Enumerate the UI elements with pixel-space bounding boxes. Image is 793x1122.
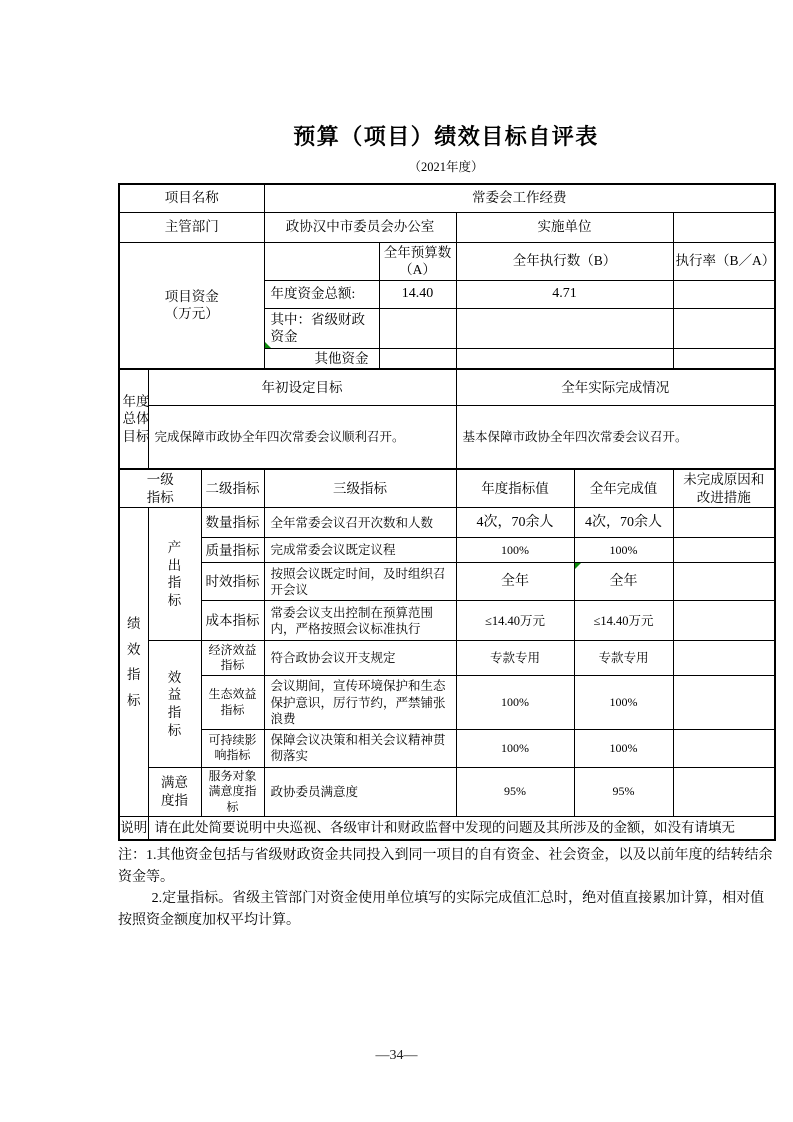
perf-group-output: 产出指标 [148,508,201,641]
target-cell: 100% [456,730,574,768]
footnote-1: 注：1.其他资金包括与省级财政资金共同投入到同一项目的自有资金、社会资金，以及以… [118,845,774,888]
perf-col-reason: 未完成原因和改进措施 [673,469,775,508]
dept-value: 政协汉中市委员会办公室 [264,212,456,242]
done-cell: 专款专用 [574,641,673,676]
done-cell: ≤14.40万元 [574,601,673,641]
goal-set-value: 完成保障市政协全年四次常委会议顺利召开。 [148,405,456,469]
target-cell: 100% [456,538,574,563]
perf-col-l1: 一级指标 [119,469,201,508]
funds-provincial-budget-empty [379,308,456,348]
l3-cell: 按照会议既定时间，及时组织召开会议 [264,563,456,601]
l3-cell: 符合政协会议开支规定 [264,641,456,676]
dept-label: 主管部门 [119,212,264,242]
document-content: 预算（项目）绩效目标自评表 （2021年度） 项目名称 常委会工作经费 主管部门… [118,120,774,932]
project-name-value: 常委会工作经费 [264,184,775,212]
l2-cell: 数量指标 [201,508,264,538]
l2-cell: 可持续影响指标 [201,730,264,768]
funds-total-rate-empty [673,280,775,308]
done-cell: 100% [574,676,673,730]
row-goal-header: 年度总体目标 年初设定目标 全年实际完成情况 [119,369,775,405]
reason-cell-empty [673,676,775,730]
row-perf-ecological: 生态效益指标 会议期间，宣传环境保护和生态保护意识，厉行节约，严禁铺张浪费 10… [119,676,775,730]
funds-provincial-label: 其中：省级财政资金 [264,308,379,348]
reason-cell-empty [673,538,775,563]
row-perf-satisfaction: 满意度指 服务对象满意度指标 政协委员满意度 95% 95% [119,767,775,817]
l2-cell: 经济效益指标 [201,641,264,676]
funds-total-budget: 14.40 [379,280,456,308]
row-goal-content: 完成保障市政协全年四次常委会议顺利召开。 基本保障市政协全年四次常委会议召开。 [119,405,775,469]
l2-cell: 时效指标 [201,563,264,601]
funds-other-label: 其他资金 [264,348,379,369]
done-cell: 100% [574,538,673,563]
funds-provincial-exec-empty [456,308,673,348]
project-name-label: 项目名称 [119,184,264,212]
funds-other-rate-empty [673,348,775,369]
funds-col-exec: 全年执行数（B） [456,242,673,280]
funds-col-budget: 全年预算数（A） [379,242,456,280]
footnotes: 注：1.其他资金包括与省级财政资金共同投入到同一项目的自有资金、社会资金，以及以… [118,845,774,932]
row-perf-header: 一级指标 二级指标 三级指标 年度指标值 全年完成值 未完成原因和改进措施 [119,469,775,508]
cell-comment-marker-icon [265,342,271,348]
target-cell: 4次，70余人 [456,508,574,538]
l3-cell: 全年常委会议召开次数和人数 [264,508,456,538]
funds-other-exec-empty [456,348,673,369]
page-title: 预算（项目）绩效目标自评表 [118,120,774,151]
funds-col-rate: 执行率（B／A） [673,242,775,280]
annual-goal-label: 年度总体目标 [119,369,148,469]
reason-cell-empty [673,563,775,601]
perf-group-satisfaction: 满意度指 [148,767,201,817]
l3-cell: 政协委员满意度 [264,767,456,817]
done-cell: 95% [574,767,673,817]
target-cell: 95% [456,767,574,817]
target-cell: ≤14.40万元 [456,601,574,641]
perf-group-benefit: 效益指标 [148,641,201,767]
goal-col-actual: 全年实际完成情况 [456,369,775,405]
reason-cell-empty [673,508,775,538]
target-cell: 全年 [456,563,574,601]
perf-section-label: 绩效指标 [119,508,148,817]
target-cell: 专款专用 [456,641,574,676]
row-department: 主管部门 政协汉中市委员会办公室 实施单位 [119,212,775,242]
funds-total-exec: 4.71 [456,280,673,308]
row-perf-cost: 成本指标 常委会议支出控制在预算范围内，严格按照会议标准执行 ≤14.40万元 … [119,601,775,641]
funds-label: 项目资金（万元） [119,242,264,369]
row-perf-economic: 效益指标 经济效益指标 符合政协会议开支规定 专款专用 专款专用 [119,641,775,676]
page-number: —34— [0,1048,793,1064]
l3-cell: 会议期间，宣传环境保护和生态保护意识，厉行节约，严禁铺张浪费 [264,676,456,730]
document-page: 预算（项目）绩效目标自评表 （2021年度） 项目名称 常委会工作经费 主管部门… [0,0,793,1122]
cell-comment-marker-icon [575,563,581,569]
done-cell: 全年 [574,563,673,601]
impl-unit-value-empty [673,212,775,242]
footnote-2: 2.定量指标。省级主管部门对资金使用单位填写的实际完成值汇总时，绝对值直接累加计… [118,888,774,931]
l2-cell: 成本指标 [201,601,264,641]
remark-label: 说明 [119,817,148,840]
impl-unit-label: 实施单位 [456,212,673,242]
done-cell: 4次，70余人 [574,508,673,538]
reason-cell-empty [673,730,775,768]
reason-cell-empty [673,767,775,817]
funds-sub-empty [264,242,379,280]
row-perf-sustainability: 可持续影响指标 保障会议决策和相关会议精神贯彻落实 100% 100% [119,730,775,768]
l3-cell: 完成常委会议既定议程 [264,538,456,563]
row-project-name: 项目名称 常委会工作经费 [119,184,775,212]
remark-value: 请在此处简要说明中央巡视、各级审计和财政监督中发现的问题及其所涉及的金额，如没有… [148,817,775,840]
self-evaluation-table: 项目名称 常委会工作经费 主管部门 政协汉中市委员会办公室 实施单位 项目资金（… [118,183,776,841]
perf-col-done: 全年完成值 [574,469,673,508]
done-cell: 100% [574,730,673,768]
row-perf-quantity: 绩效指标 产出指标 数量指标 全年常委会议召开次数和人数 4次，70余人 4次，… [119,508,775,538]
l2-cell: 质量指标 [201,538,264,563]
goal-actual-value: 基本保障市政协全年四次常委会议召开。 [456,405,775,469]
perf-col-l3: 三级指标 [264,469,456,508]
row-funds-header: 项目资金（万元） 全年预算数（A） 全年执行数（B） 执行率（B／A） [119,242,775,280]
perf-col-target: 年度指标值 [456,469,574,508]
reason-cell-empty [673,641,775,676]
target-cell: 100% [456,676,574,730]
funds-provincial-rate-empty [673,308,775,348]
reason-cell-empty [673,601,775,641]
l2-cell: 生态效益指标 [201,676,264,730]
row-perf-timeliness: 时效指标 按照会议既定时间，及时组织召开会议 全年 全年 [119,563,775,601]
l3-cell: 常委会议支出控制在预算范围内，严格按照会议标准执行 [264,601,456,641]
page-subtitle: （2021年度） [118,157,774,175]
goal-col-set: 年初设定目标 [148,369,456,405]
l3-cell: 保障会议决策和相关会议精神贯彻落实 [264,730,456,768]
funds-total-label: 年度资金总额: [264,280,379,308]
perf-col-l2: 二级指标 [201,469,264,508]
row-remark: 说明 请在此处简要说明中央巡视、各级审计和财政监督中发现的问题及其所涉及的金额，… [119,817,775,840]
l2-cell: 服务对象满意度指标 [201,767,264,817]
funds-other-budget-empty [379,348,456,369]
row-perf-quality: 质量指标 完成常委会议既定议程 100% 100% [119,538,775,563]
